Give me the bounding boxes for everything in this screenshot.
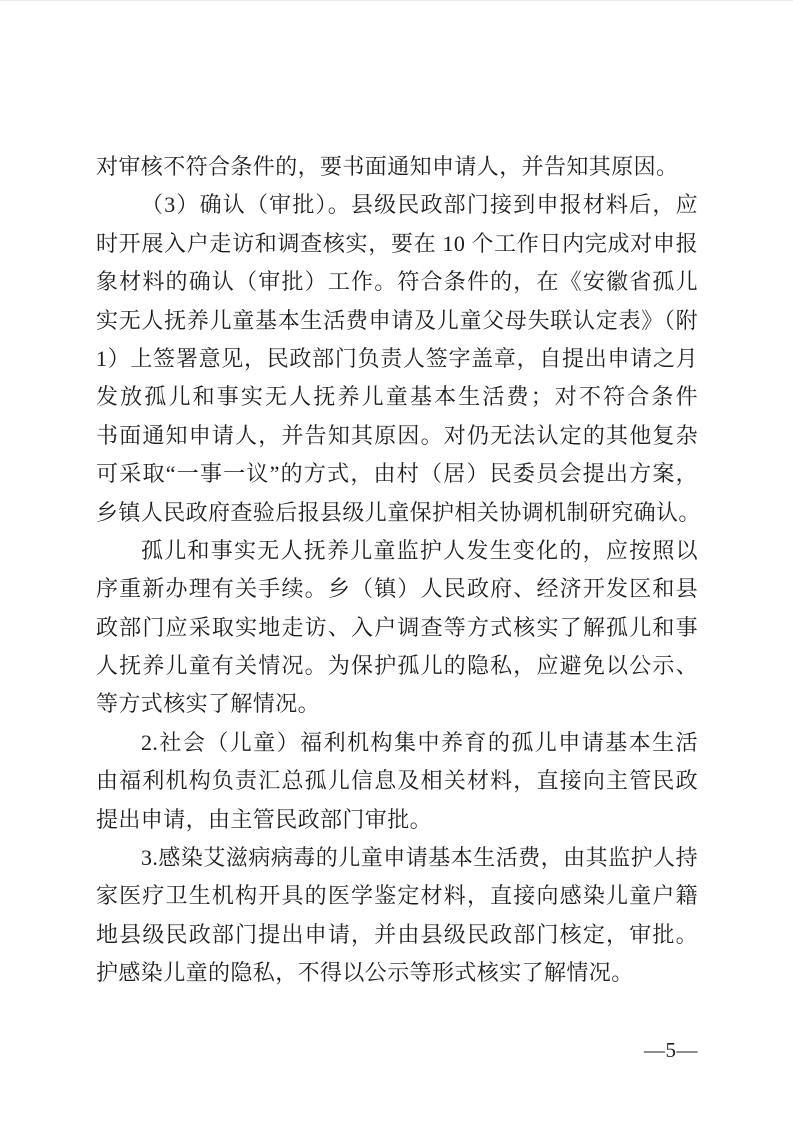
- text-line: 孤儿和事实无人抚养儿童监护人发生变化的，应按照以上程: [96, 532, 698, 570]
- document-body-text: 对审核不符合条件的，要书面通知申请人，并告知其原因。（3）确认（审批）。县级民政…: [96, 148, 698, 993]
- text-line: 对审核不符合条件的，要书面通知申请人，并告知其原因。: [96, 148, 698, 186]
- paragraph: 孤儿和事实无人抚养儿童监护人发生变化的，应按照以上程序重新办理有关手续。乡（镇）…: [96, 532, 698, 724]
- document-page: 对审核不符合条件的，要书面通知申请人，并告知其原因。（3）确认（审批）。县级民政…: [0, 0, 793, 1122]
- paragraph: （3）确认（审批）。县级民政部门接到申报材料后，应及时开展入户走访和调查核实，要…: [96, 186, 698, 532]
- page-number: —5—: [644, 1038, 698, 1062]
- text-line: 象材料的确认（审批）工作。符合条件的，在《安徽省孤儿和事: [96, 263, 698, 301]
- text-line: 1）上签署意见，民政部门负责人签字盖章，自提出申请之月起，: [96, 340, 698, 378]
- text-line: 2.社会（儿童）福利机构集中养育的孤儿申请基本生活费，: [96, 724, 698, 762]
- text-line: 政部门应采取实地走访、入户调查等方式核实了解孤儿和事实无: [96, 609, 698, 647]
- text-line: 书面通知申请人，并告知其原因。对仍无法认定的其他复杂情形，: [96, 417, 698, 455]
- text-line: 人抚养儿童有关情况。为保护孤儿的隐私，应避免以公示、评议: [96, 647, 698, 685]
- text-line: 地县级民政部门提出申请，并由县级民政部门核定，审批。为保: [96, 916, 698, 954]
- paragraph: 对审核不符合条件的，要书面通知申请人，并告知其原因。: [96, 148, 698, 186]
- text-line: 可采取“一事一议”的方式，由村（居）民委员会提出方案，经: [96, 455, 698, 493]
- text-line: 乡镇人民政府查验后报县级儿童保护相关协调机制研究确认。: [96, 494, 698, 532]
- text-line: 序重新办理有关手续。乡（镇）人民政府、经济开发区和县级民: [96, 570, 698, 608]
- paragraph: 3.感染艾滋病病毒的儿童申请基本生活费，由其监护人持国家医疗卫生机构开具的医学鉴…: [96, 839, 698, 993]
- text-line: 时开展入户走访和调查核实，要在 10 个工作日内完成对申报对: [96, 225, 698, 263]
- text-line: 家医疗卫生机构开具的医学鉴定材料，直接向感染儿童户籍所在: [96, 877, 698, 915]
- text-line: 提出申请，由主管民政部门审批。: [96, 801, 698, 839]
- text-line: 护感染儿童的隐私，不得以公示等形式核实了解情况。: [96, 954, 698, 992]
- text-line: 3.感染艾滋病病毒的儿童申请基本生活费，由其监护人持国: [96, 839, 698, 877]
- paragraph: 2.社会（儿童）福利机构集中养育的孤儿申请基本生活费，由福利机构负责汇总孤儿信息…: [96, 724, 698, 839]
- text-line: 由福利机构负责汇总孤儿信息及相关材料，直接向主管民政部门: [96, 762, 698, 800]
- text-line: 实无人抚养儿童基本生活费申请及儿童父母失联认定表》（附件: [96, 302, 698, 340]
- text-line: 等方式核实了解情况。: [96, 685, 698, 723]
- text-line: （3）确认（审批）。县级民政部门接到申报材料后，应及: [96, 186, 698, 224]
- text-line: 发放孤儿和事实无人抚养儿童基本生活费；对不符合条件的，要: [96, 378, 698, 416]
